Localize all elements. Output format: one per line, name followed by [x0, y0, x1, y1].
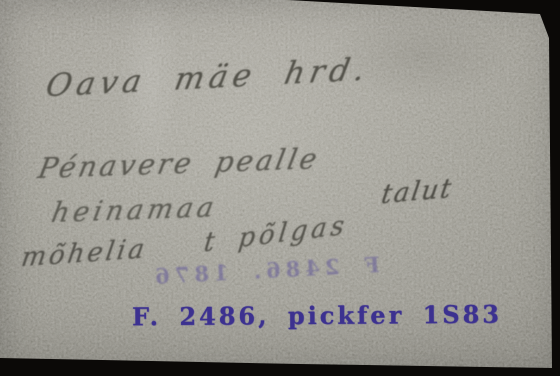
- offset-mirrored-stamp: F 2486. 1876: [150, 252, 381, 289]
- handwriting-line-4-left: mõhelia: [19, 234, 149, 273]
- paper-card: Oava mäe hrd. Pénavere pealle heinamaa t…: [0, 0, 560, 376]
- archive-number-stamp: F. 2486, pickfer 1S83: [132, 300, 502, 332]
- handwriting-line-3-right: talut: [379, 174, 455, 211]
- handwriting-line-4-right: t põlgas: [202, 210, 350, 258]
- handwriting-line-1: Oava mäe hrd.: [43, 51, 373, 104]
- handwriting-line-2: Pénavere pealle: [36, 142, 323, 185]
- handwriting-line-3-left: heinamaa: [49, 192, 220, 229]
- scan-background: Oava mäe hrd. Pénavere pealle heinamaa t…: [0, 0, 560, 376]
